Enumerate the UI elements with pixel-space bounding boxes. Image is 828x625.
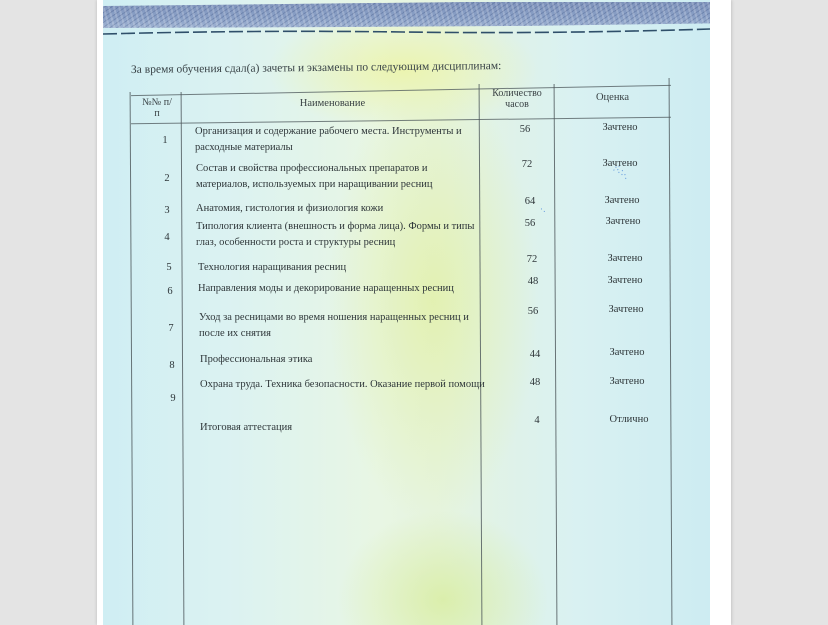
header-name: Наименование: [190, 96, 475, 112]
header-number: №№ п/п: [140, 97, 174, 119]
row-hours: 44: [520, 347, 550, 363]
row-name: Охрана труда. Техника безопасности. Оказ…: [200, 377, 490, 393]
row-hours: 72: [512, 157, 542, 173]
row-grade: Зачтено: [592, 374, 662, 390]
row-number: 4: [157, 230, 177, 246]
row-name: Состав и свойства профессиональных препа…: [196, 161, 476, 193]
row-number: 7: [161, 321, 181, 337]
header-hours: Количество часов: [482, 88, 552, 110]
row-hours: 56: [510, 122, 540, 138]
row-name: Направления моды и декорирование наращен…: [198, 281, 483, 297]
row-grade: Зачтено: [592, 345, 662, 361]
ink-dot-mark: ·.: [540, 205, 546, 215]
row-hours: 56: [515, 216, 545, 232]
row-grade: Зачтено: [587, 193, 657, 209]
row-number: 9: [163, 391, 183, 407]
header-grade: Оценка: [560, 90, 665, 106]
row-name: Организация и содержание рабочего места.…: [195, 124, 480, 156]
row-grade: Зачтено: [585, 120, 655, 136]
row-number: 1: [155, 133, 175, 149]
decorative-guilloche-band: [103, 2, 710, 28]
row-grade: Отлично: [594, 412, 664, 428]
row-name: Итоговая аттестация: [200, 420, 480, 436]
row-grade: Зачтено: [590, 273, 660, 289]
row-name: Типология клиента (внешность и форма лиц…: [196, 219, 478, 251]
row-hours: 48: [518, 274, 548, 290]
row-grade: Зачтено: [591, 302, 661, 318]
row-number: 2: [157, 171, 177, 187]
row-hours: 72: [517, 252, 547, 268]
row-name: Профессиональная этика: [200, 352, 480, 368]
row-number: 6: [160, 284, 180, 300]
decorative-dashed-line: [103, 28, 710, 36]
row-name: Технология наращивания ресниц: [198, 260, 478, 276]
row-grade: Зачтено: [588, 214, 658, 230]
row-grade: Зачтено: [590, 251, 660, 267]
row-hours: 48: [520, 375, 550, 391]
row-hours: 4: [522, 413, 552, 429]
row-number: 5: [159, 260, 179, 276]
row-number: 8: [162, 358, 182, 374]
row-hours: 56: [518, 304, 548, 320]
row-name: Уход за ресницами во время ношения наращ…: [199, 310, 487, 342]
row-name: Анатомия, гистология и физиология кожи: [196, 201, 476, 217]
row-number: 3: [157, 203, 177, 219]
